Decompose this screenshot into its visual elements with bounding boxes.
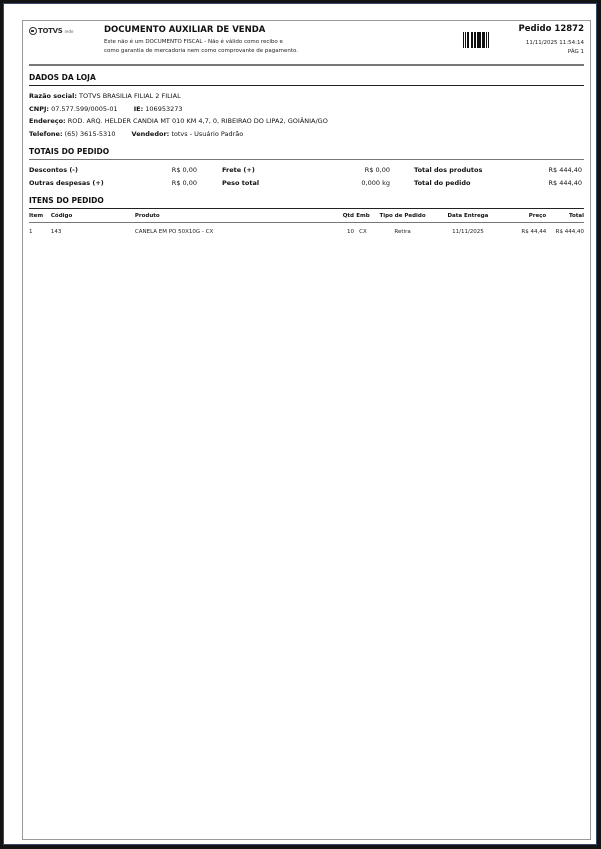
total-pedido-label: Total do pedido bbox=[414, 179, 470, 187]
logo-mark-icon bbox=[29, 27, 37, 35]
disclaimer-line-1: Este não é um DOCUMENTO FISCAL - Não é v… bbox=[104, 38, 364, 47]
section-title-store: DADOS DA LOJA bbox=[29, 66, 584, 85]
cnpj-value: 07.577.599/0005-01 bbox=[51, 105, 118, 113]
logo-text: TOTVS bbox=[38, 27, 62, 35]
col-total: Total bbox=[546, 209, 584, 223]
telefone-label: Telefone: bbox=[29, 130, 63, 138]
order-datetime: 11/11/2025 11:54:14 bbox=[526, 40, 584, 46]
cnpj-ie-line: CNPJ: 07.577.599/0005-01 IE: 106953273 bbox=[29, 103, 584, 116]
document-header: TOTVS rede DOCUMENTO AUXILIAR DE VENDA E… bbox=[29, 22, 584, 64]
cell-tipo: Retira bbox=[372, 223, 433, 240]
total-produtos-label: Total dos produtos bbox=[414, 166, 482, 174]
section-title-totals: TOTAIS DO PEDIDO bbox=[29, 140, 584, 159]
col-tipo: Tipo de Pedido bbox=[372, 209, 433, 223]
document-title: DOCUMENTO AUXILIAR DE VENDA bbox=[104, 25, 265, 35]
col-preco: Preço bbox=[503, 209, 547, 223]
logo-sub: rede bbox=[64, 29, 73, 34]
cell-preco: R$ 44,44 bbox=[503, 223, 547, 240]
ie-label: IE: bbox=[134, 105, 143, 113]
page-number: PÁG 1 bbox=[568, 49, 584, 55]
vendedor-value: totvs - Usuário Padrão bbox=[171, 130, 243, 138]
endereco-value: ROD. ARQ. HELDER CANDIA MT 010 KM 4,7, 0… bbox=[68, 117, 328, 125]
document-disclaimer: Este não é um DOCUMENTO FISCAL - Não é v… bbox=[104, 38, 364, 56]
cell-produto: CANELA EM PO 50X10G - CX bbox=[135, 223, 332, 240]
barcode-icon bbox=[463, 32, 507, 48]
cell-total: R$ 444,40 bbox=[546, 223, 584, 240]
peso-total-value: 0,000 kg bbox=[361, 179, 390, 187]
frete-label: Frete (+) bbox=[222, 166, 255, 174]
items-header-row: Item Código Produto Qtd Emb Tipo de Pedi… bbox=[29, 209, 584, 223]
cell-qtd: 10 bbox=[332, 223, 354, 240]
col-data-entrega: Data Entrega bbox=[433, 209, 502, 223]
cell-emb: CX bbox=[354, 223, 372, 240]
razao-social-line: Razão social: TOTVS BRASILIA FILIAL 2 FI… bbox=[29, 90, 584, 103]
total-produtos-value: R$ 444,40 bbox=[549, 166, 582, 174]
order-totals: Descontos (-) R$ 0,00 Outras despesas (+… bbox=[29, 164, 584, 192]
telefone-value: (65) 3615-5310 bbox=[65, 130, 116, 138]
document-page: TOTVS rede DOCUMENTO AUXILIAR DE VENDA E… bbox=[3, 3, 597, 845]
document-content: TOTVS rede DOCUMENTO AUXILIAR DE VENDA E… bbox=[29, 22, 584, 239]
cnpj-label: CNPJ: bbox=[29, 105, 49, 113]
razao-social-value: TOTVS BRASILIA FILIAL 2 FILIAL bbox=[79, 92, 181, 100]
cell-codigo: 143 bbox=[51, 223, 135, 240]
peso-total-label: Peso total bbox=[222, 179, 259, 187]
col-qtd: Qtd bbox=[332, 209, 354, 223]
col-item: Item bbox=[29, 209, 51, 223]
total-pedido-value: R$ 444,40 bbox=[549, 179, 582, 187]
outras-despesas-value: R$ 0,00 bbox=[172, 179, 197, 187]
table-row: 1 143 CANELA EM PO 50X10G - CX 10 CX Ret… bbox=[29, 223, 584, 240]
razao-social-label: Razão social: bbox=[29, 92, 77, 100]
col-produto: Produto bbox=[135, 209, 332, 223]
col-codigo: Código bbox=[51, 209, 135, 223]
telefone-vendedor-line: Telefone: (65) 3615-5310 Vendedor: totvs… bbox=[29, 128, 584, 141]
endereco-label: Endereço: bbox=[29, 117, 66, 125]
vendedor-label: Vendedor: bbox=[132, 130, 170, 138]
section-divider bbox=[29, 159, 584, 160]
cell-data-entrega: 11/11/2025 bbox=[433, 223, 502, 240]
disclaimer-line-2: como garantia de mercadoria nem como com… bbox=[104, 47, 364, 56]
section-title-items: ITENS DO PEDIDO bbox=[29, 192, 584, 208]
cell-item: 1 bbox=[29, 223, 51, 240]
endereco-line: Endereço: ROD. ARQ. HELDER CANDIA MT 010… bbox=[29, 115, 584, 128]
frete-value: R$ 0,00 bbox=[365, 166, 390, 174]
ie-value: 106953273 bbox=[145, 105, 182, 113]
items-table: Item Código Produto Qtd Emb Tipo de Pedi… bbox=[29, 209, 584, 239]
outras-despesas-label: Outras despesas (+) bbox=[29, 179, 104, 187]
col-emb: Emb bbox=[354, 209, 372, 223]
descontos-label: Descontos (-) bbox=[29, 166, 78, 174]
order-number: Pedido 12872 bbox=[519, 24, 584, 34]
totvs-logo: TOTVS rede bbox=[29, 27, 74, 35]
store-info: Razão social: TOTVS BRASILIA FILIAL 2 FI… bbox=[29, 86, 584, 140]
descontos-value: R$ 0,00 bbox=[172, 166, 197, 174]
